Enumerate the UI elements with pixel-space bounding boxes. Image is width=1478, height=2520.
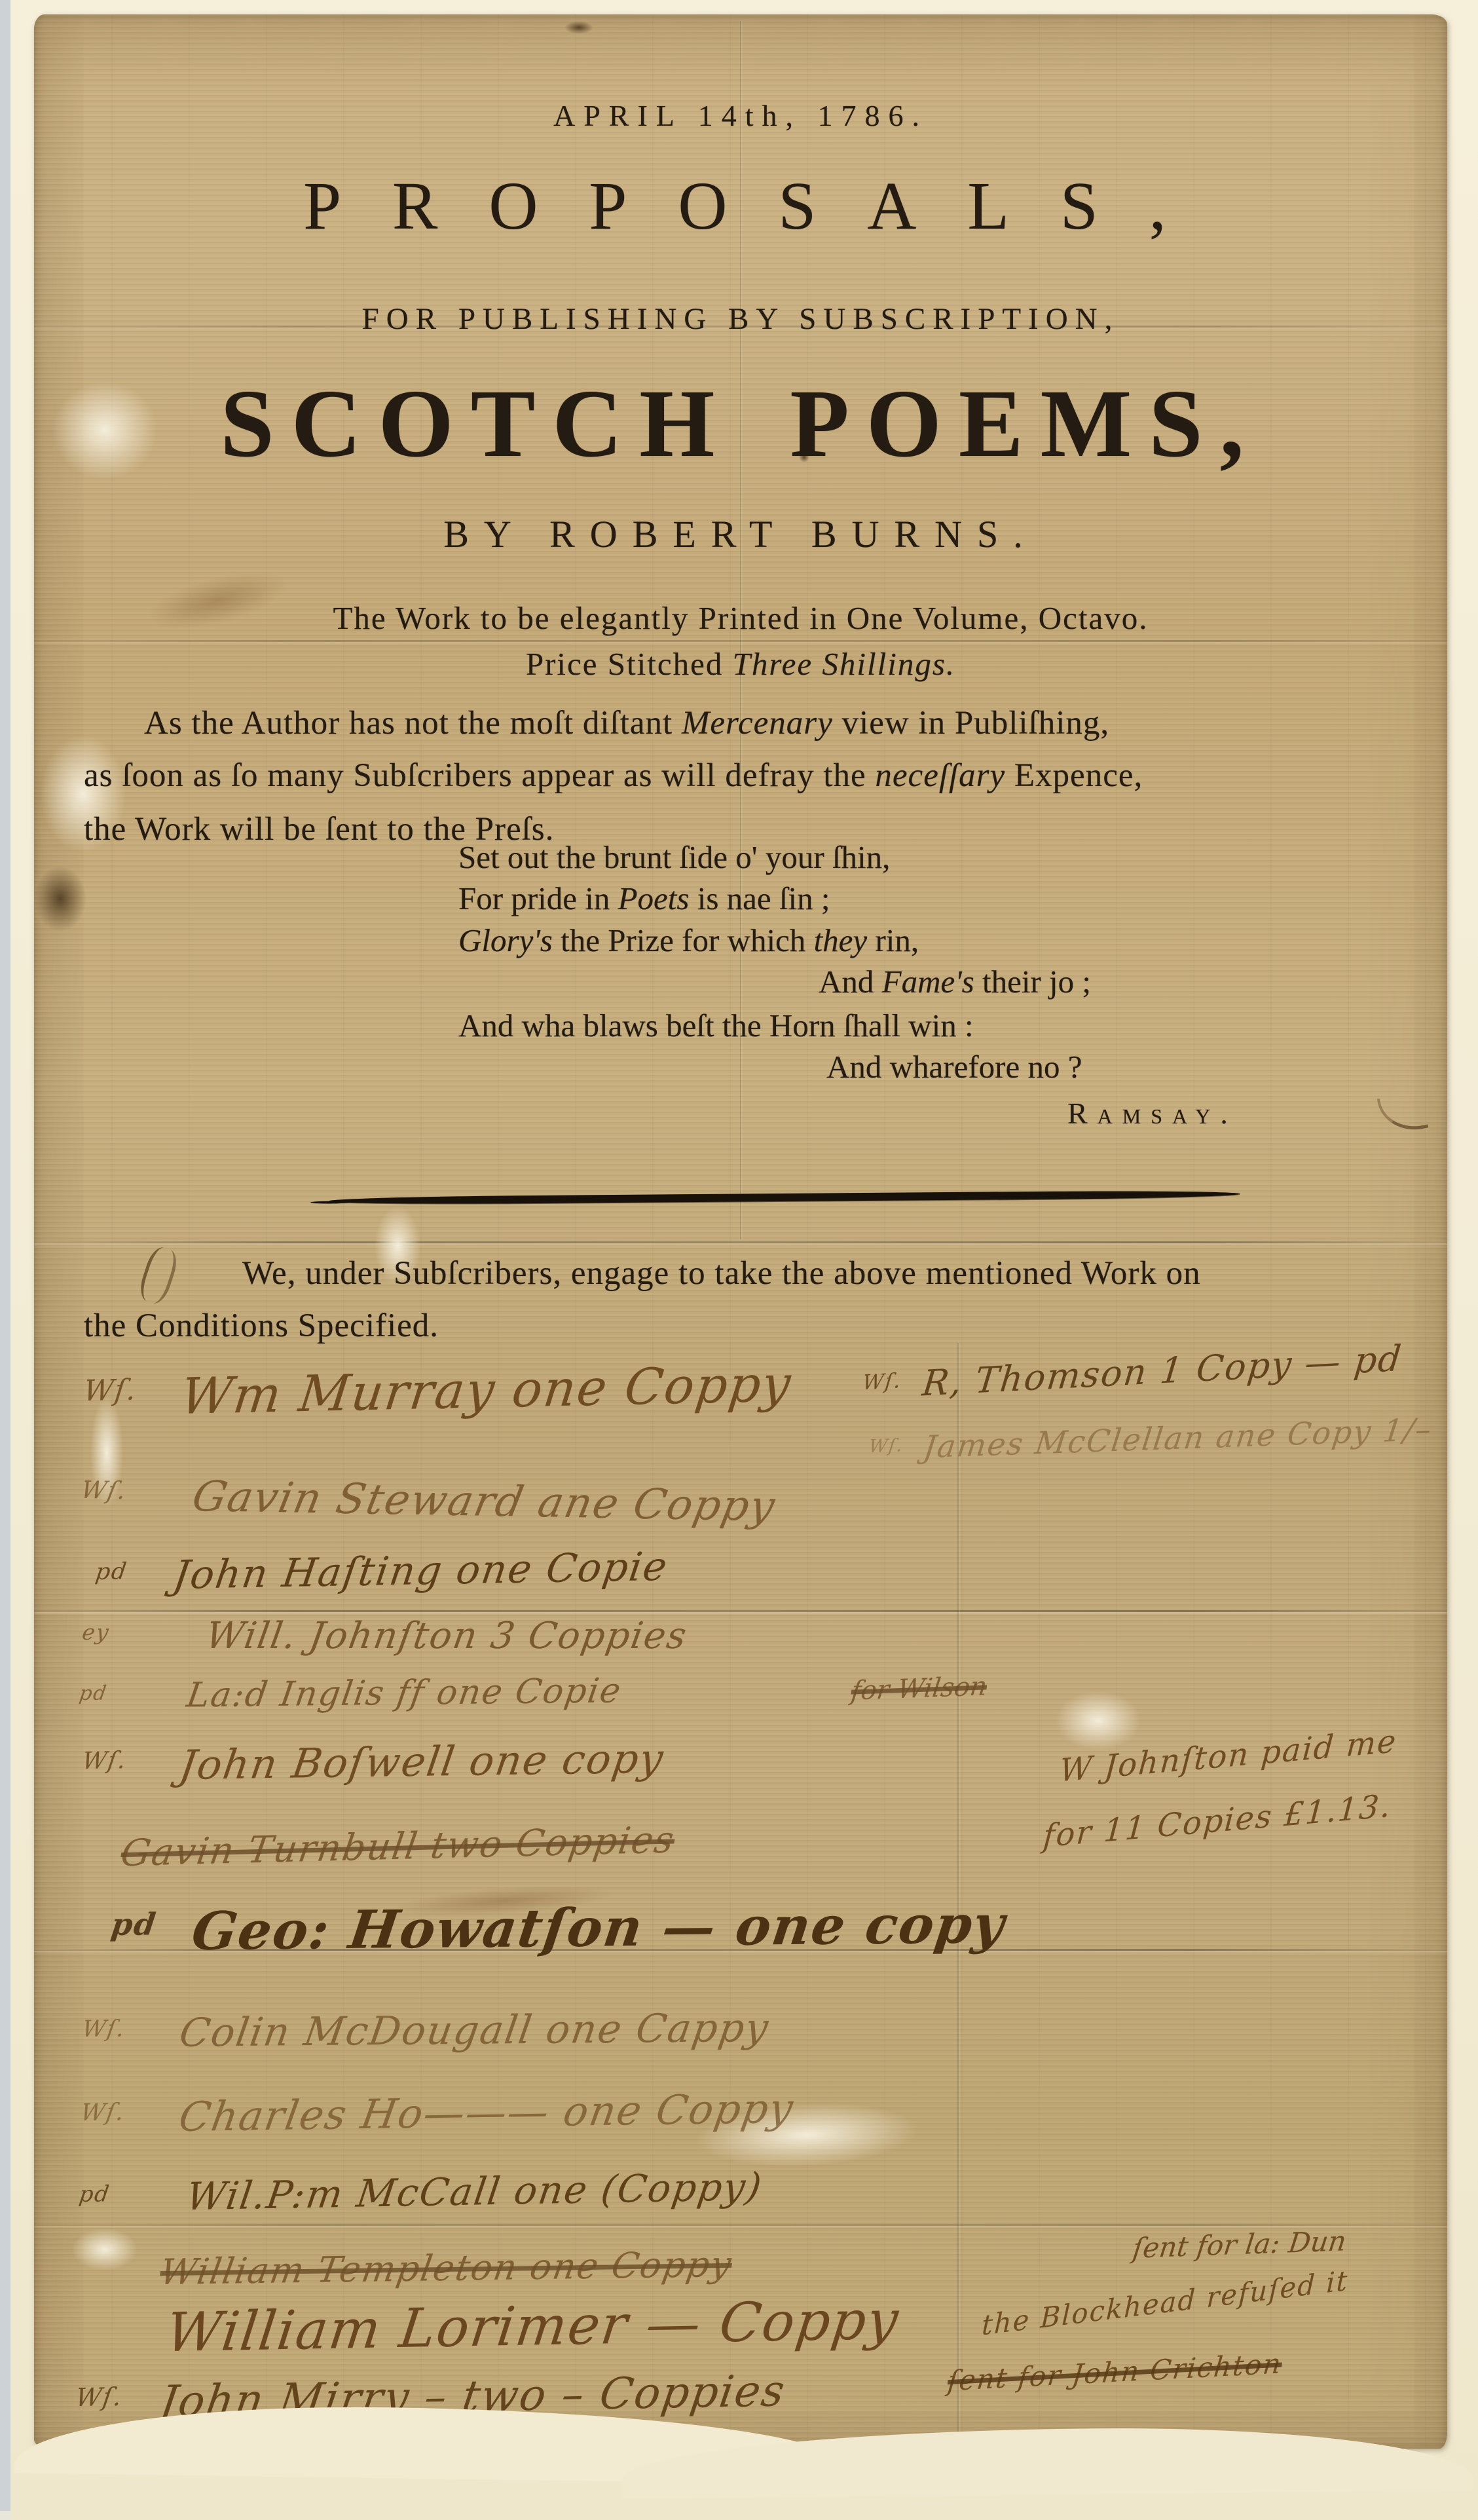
margin-mark: Wſ. xyxy=(79,1476,130,1505)
date-line: APRIL 14th, 1786. xyxy=(34,98,1447,133)
signature-row: pdLa:d Inglis ff one Copie xyxy=(76,1671,624,1716)
paper-stain xyxy=(72,2229,138,2270)
signature-row: Wſ.Gavin Steward ane Coppy xyxy=(76,1471,780,1531)
proposals-title: PROPOSALS, xyxy=(34,167,1447,245)
signature-row-damaged: Wſ.Charles Ho——— one Coppy xyxy=(76,2084,798,2142)
signature-text: Gavin Steward ane Coppy xyxy=(189,1473,780,1531)
signature-text: Colin McDougall one Cappy xyxy=(177,2005,773,2056)
signature-row: pdJohn Haſting one Copie xyxy=(92,1544,671,1600)
price-roman: Price Stitched xyxy=(526,646,733,682)
poem-text: is nae ſin ; xyxy=(690,880,830,916)
signature-row: Wſ.Wm Murray one Coppy xyxy=(79,1354,795,1427)
signature-text: John Haſting one Copie xyxy=(170,1544,671,1598)
margin-mark: pd xyxy=(78,1682,109,1706)
scanner-edge-strip xyxy=(0,0,10,2520)
poem-attribution: Ramsay. xyxy=(1067,1096,1238,1131)
price-italic: Three Shillings. xyxy=(733,646,956,682)
margin-mark: ey xyxy=(81,1620,112,1645)
poem-text: And xyxy=(819,964,882,1000)
scanned-document: APRIL 14th, 1786. PROPOSALS, FOR PUBLISH… xyxy=(0,0,1478,2520)
poem-line-1: Set out the brunt ſide o' your ſhin, xyxy=(458,838,890,876)
margin-mark: pd xyxy=(109,1906,159,1942)
poem-italic: they xyxy=(814,922,868,958)
signature-text: Geo: Howatſon — one copy xyxy=(189,1893,1009,1962)
signature-row: pdGeo: Howatſon — one copy xyxy=(107,1893,1009,1963)
signature-row: Wſ.Colin McDougall one Cappy xyxy=(79,2005,773,2057)
struck-annotation: ſent for John Crichton xyxy=(946,2347,1284,2397)
price-line: Price Stitched Three Shillings. xyxy=(34,645,1447,683)
signature-text: Charles Ho——— one Coppy xyxy=(176,2084,798,2141)
para-text: as ſoon as ſo many Subſcribers appear as… xyxy=(84,757,875,794)
para-text: As the Author has not the moſt diſtant xyxy=(144,705,682,742)
work-description-line: The Work to be elegantly Printed in One … xyxy=(34,599,1447,637)
signature-row-faded: Wſ.James McClellan ane Copy 1/– xyxy=(866,1412,1434,1467)
poem-text: rin, xyxy=(867,922,919,958)
signature-row: Wſ.R, Thomson 1 Copy — pd xyxy=(860,1338,1404,1408)
pen-doodle xyxy=(136,1244,181,1306)
para-text: view in Publiſhing, xyxy=(833,705,1109,742)
para-text: Expence, xyxy=(1005,757,1143,794)
poem-text: For pride in xyxy=(458,880,618,916)
signature-row: William Lorimer — Coppy xyxy=(162,2289,902,2364)
signature-text: James McClellan ane Copy 1/– xyxy=(921,1412,1434,1465)
poem-line-4: And Fame's their jo ; xyxy=(819,963,1091,1000)
signature-row-struck: William Templeton one Coppy xyxy=(157,2244,735,2293)
payment-note-line-2: for 11 Copies £1.13. xyxy=(1042,1787,1393,1854)
payment-note-line-1: W Johnſton paid me xyxy=(1058,1723,1398,1790)
poem-line-6: And wharefore no ? xyxy=(826,1048,1082,1085)
poem-line-3: Glory's the Prize for which they rin, xyxy=(458,922,919,959)
paragraph-line-2: as ſoon as ſo many Subſcribers appear as… xyxy=(84,757,1143,795)
margin-mark: Wſ. xyxy=(81,1747,129,1775)
ink-stain xyxy=(34,866,86,931)
subscription-subtitle: FOR PUBLISHING BY SUBSCRIPTION, xyxy=(34,301,1447,337)
paper-abrasion xyxy=(1056,1691,1141,1750)
margin-mark: Wſ. xyxy=(868,1435,905,1457)
poem-line-2: For pride in Poets is nae ſin ; xyxy=(458,880,830,917)
scotch-poems-title: SCOTCH POEMS, xyxy=(34,368,1447,480)
margin-mark: pd xyxy=(94,1558,129,1585)
margin-mark: Wſ. xyxy=(82,1373,139,1408)
author-byline: BY ROBERT BURNS. xyxy=(34,512,1447,556)
margin-mark: Wſ. xyxy=(861,1369,902,1395)
para-italic: Mercenary xyxy=(682,705,833,742)
signature-row: pdWil.P:m McCall one (Coppy) xyxy=(75,2164,765,2221)
poem-text: the Prize for which xyxy=(553,922,814,958)
fold-crease xyxy=(34,1241,1447,1243)
poem-italic: Glory's xyxy=(458,922,553,958)
subscription-line-2: the Conditions Specified. xyxy=(84,1307,439,1345)
poem-line-5: And wha blaws beſt the Horn ſhall win : xyxy=(458,1007,974,1044)
paragraph-line-1: As the Author has not the moſt diſtant M… xyxy=(144,704,1109,742)
subscription-line-1: We, under Subſcribers, engage to take th… xyxy=(242,1254,1201,1292)
signature-text: Wm Murray one Coppy xyxy=(177,1354,795,1425)
signature-text: Wil.P:m McCall one (Coppy) xyxy=(183,2164,765,2219)
signature-row: Wſ.John Boſwell one copy xyxy=(78,1735,667,1791)
signature-row: eyWill. Johnſton 3 Coppies xyxy=(79,1615,691,1657)
delivery-annotation: ſent for la: Dun xyxy=(1131,2225,1348,2265)
poem-text: their jo ; xyxy=(974,964,1091,1000)
signature-row-struck: Gavin Turnbull two Coppies xyxy=(118,1818,678,1875)
margin-mark: Wſ. xyxy=(74,2382,125,2413)
fold-crease xyxy=(34,1610,1447,1612)
struck-annotation: for Wilson xyxy=(849,1671,989,1706)
poem-italic: Poets xyxy=(618,880,690,916)
signature-text: Will. Johnſton 3 Coppies xyxy=(203,1615,691,1657)
fold-crease xyxy=(34,2224,1447,2226)
signature-text: R, Thomson 1 Copy — pd xyxy=(920,1338,1404,1404)
signature-text: John Boſwell one copy xyxy=(176,1735,667,1789)
margin-mark: Wſ. xyxy=(81,2016,128,2042)
pen-flourish xyxy=(1377,1090,1429,1137)
signature-text: La:d Inglis ff one Copie xyxy=(184,1671,624,1715)
ink-speck xyxy=(564,21,593,34)
broadside-sheet: APRIL 14th, 1786. PROPOSALS, FOR PUBLISH… xyxy=(34,14,1447,2449)
brush-divider-rule xyxy=(329,1190,1240,1205)
margin-mark: pd xyxy=(77,2181,112,2207)
refusal-annotation: the Blockhead refuſed it xyxy=(981,2264,1349,2341)
para-italic: neceſſary xyxy=(875,757,1005,794)
poem-italic: Fame's xyxy=(882,964,974,1000)
margin-mark: Wſ. xyxy=(79,2099,127,2126)
